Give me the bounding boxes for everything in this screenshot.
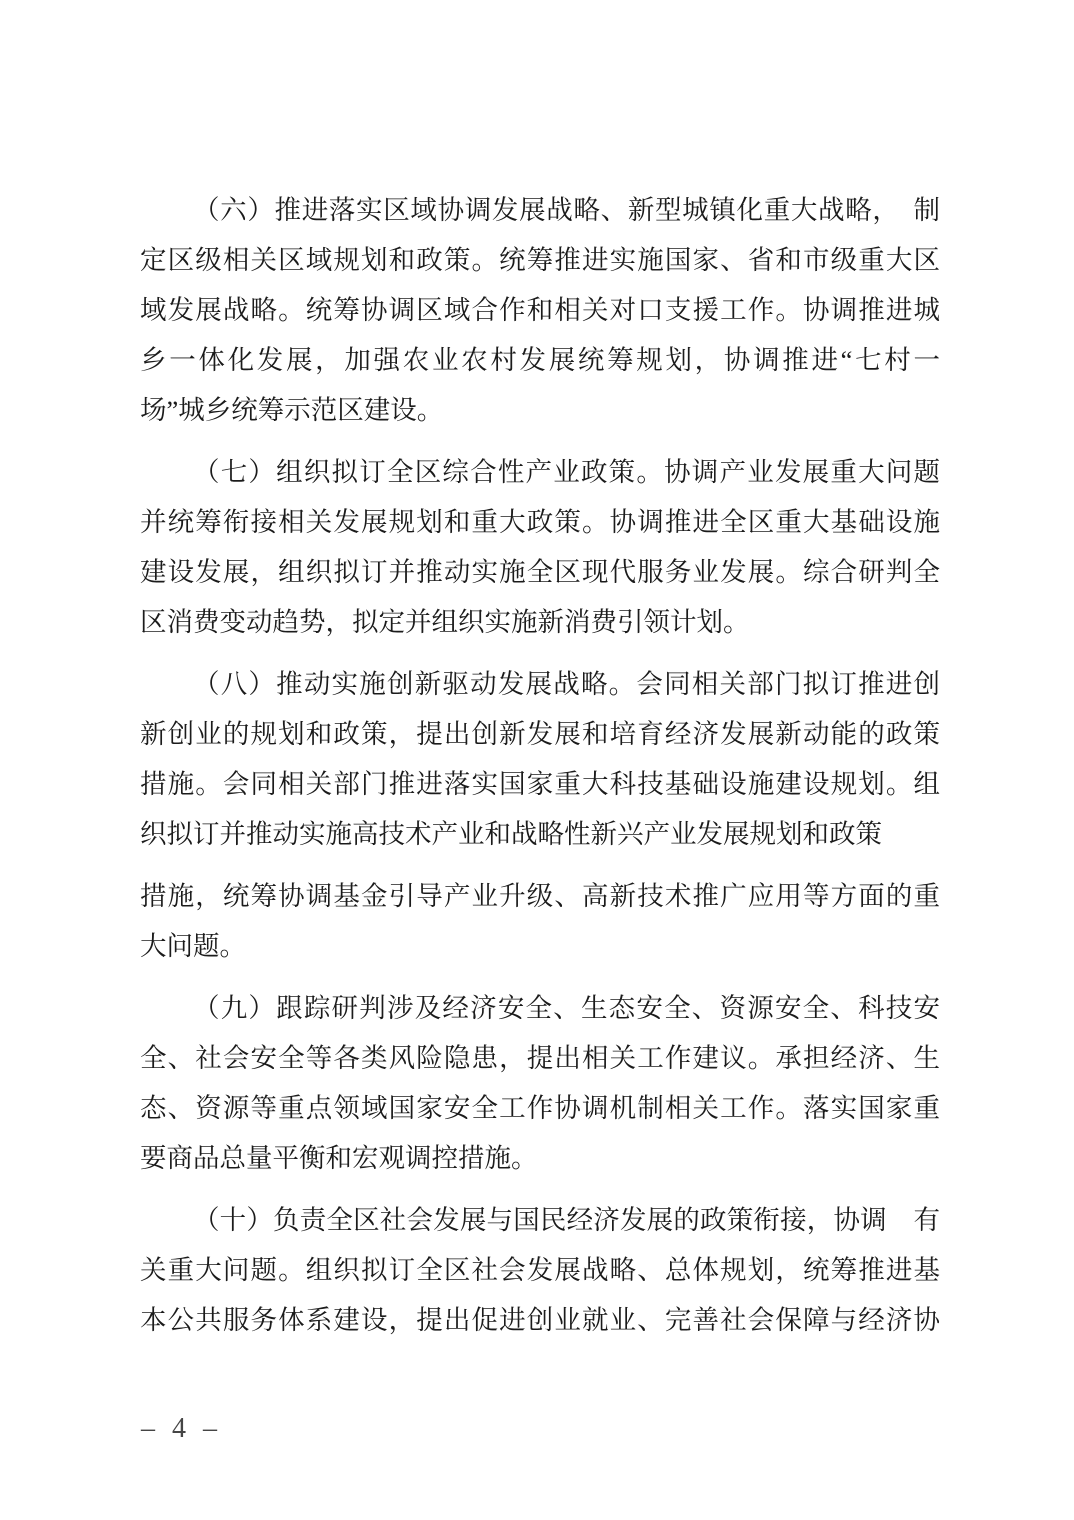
document-page: （六）推进落实区域协调发展战略、新型城镇化重大战略， 制定区级相关区域规划和政策… — [0, 0, 1074, 1520]
text-line: （八）推动实施创新驱动发展战略。会同相关部门拟订推进创 — [140, 659, 940, 709]
text-line: 措施，统筹协调基金引导产业升级、高新技术推广应用等方面的重 — [140, 871, 940, 921]
text-line: 区消费变动趋势，拟定并组织实施新消费引领计划。 — [140, 597, 940, 647]
text-line: 场”城乡统筹示范区建设。 — [140, 385, 940, 435]
document-body: （六）推进落实区域协调发展战略、新型城镇化重大战略， 制定区级相关区域规划和政策… — [140, 185, 940, 1345]
text-line: 关重大问题。组织拟订全区社会发展战略、总体规划，统筹推进基 — [140, 1245, 940, 1295]
text-line: （七）组织拟订全区综合性产业政策。协调产业发展重大问题 — [140, 447, 940, 497]
text-line: 措施。会同相关部门推进落实国家重大科技基础设施建设规划。组 — [140, 759, 940, 809]
paragraph-clause-9: （九）跟踪研判涉及经济安全、生态安全、资源安全、科技安全、社会安全等各类风险隐患… — [140, 983, 940, 1183]
text-line: 乡一体化发展，加强农业农村发展统筹规划，协调推进“七村一 — [140, 335, 940, 385]
text-line: 全、社会安全等各类风险隐患，提出相关工作建议。承担经济、生 — [140, 1033, 940, 1083]
page-footer: – 4 – — [141, 1413, 222, 1445]
paragraph-clause-8-part-2: 措施，统筹协调基金引导产业升级、高新技术推广应用等方面的重大问题。 — [140, 871, 940, 971]
text-line: 建设发展，组织拟订并推动实施全区现代服务业发展。综合研判全 — [140, 547, 940, 597]
text-line: （九）跟踪研判涉及经济安全、生态安全、资源安全、科技安 — [140, 983, 940, 1033]
paragraph-clause-8-part-1: （八）推动实施创新驱动发展战略。会同相关部门拟订推进创新创业的规划和政策，提出创… — [140, 659, 940, 859]
text-line: 新创业的规划和政策，提出创新发展和培育经济发展新动能的政策 — [140, 709, 940, 759]
text-line: 织拟订并推动实施高技术产业和战略性新兴产业发展规划和政策 — [140, 809, 940, 859]
paragraph-clause-6: （六）推进落实区域协调发展战略、新型城镇化重大战略， 制定区级相关区域规划和政策… — [140, 185, 940, 435]
text-line: 大问题。 — [140, 921, 940, 971]
paragraph-clause-10: （十）负责全区社会发展与国民经济发展的政策衔接，协调 有关重大问题。组织拟订全区… — [140, 1195, 940, 1345]
text-line: 态、资源等重点领域国家安全工作协调机制相关工作。落实国家重 — [140, 1083, 940, 1133]
text-line: （六）推进落实区域协调发展战略、新型城镇化重大战略， 制 — [140, 185, 940, 235]
text-line: 域发展战略。统筹协调区域合作和相关对口支援工作。协调推进城 — [140, 285, 940, 335]
text-line: 本公共服务体系建设，提出促进创业就业、完善社会保障与经济协 — [140, 1295, 940, 1345]
paragraph-clause-7: （七）组织拟订全区综合性产业政策。协调产业发展重大问题并统筹衔接相关发展规划和重… — [140, 447, 940, 647]
text-line: （十）负责全区社会发展与国民经济发展的政策衔接，协调 有 — [140, 1195, 940, 1245]
text-line: 定区级相关区域规划和政策。统筹推进实施国家、省和市级重大区 — [140, 235, 940, 285]
text-line: 要商品总量平衡和宏观调控措施。 — [140, 1133, 940, 1183]
text-line: 并统筹衔接相关发展规划和重大政策。协调推进全区重大基础设施 — [140, 497, 940, 547]
page-number: – 4 – — [141, 1413, 222, 1444]
